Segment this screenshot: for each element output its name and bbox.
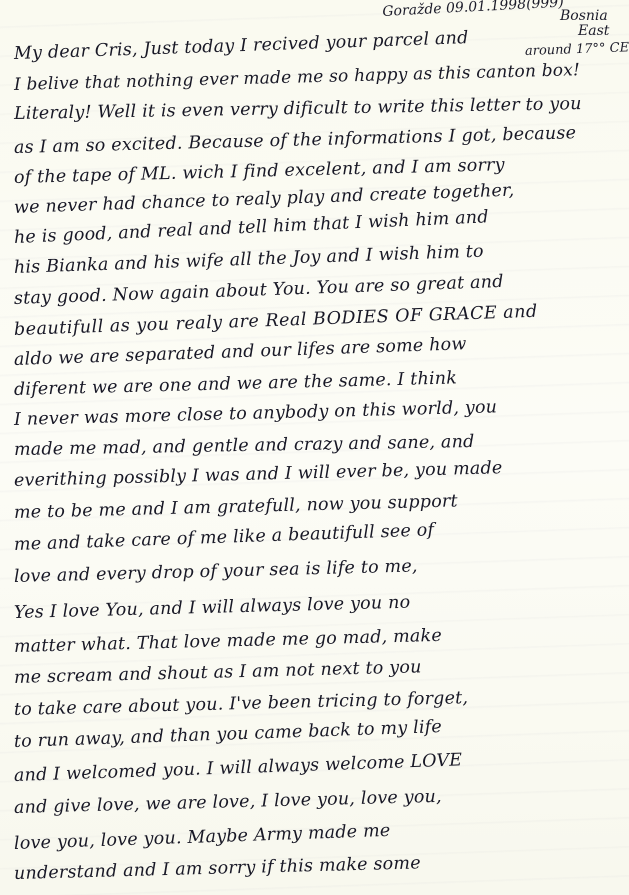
letter-line: matter what. That love made me go mad, m…	[14, 626, 442, 657]
letter-line: I never was more close to anybody on thi…	[14, 397, 498, 430]
letter-line: me to be me and I am gratefull, now you …	[14, 491, 458, 523]
letter-line: My dear Cris, Just today I recived your …	[14, 28, 469, 64]
letter-line: his Bianka and his wife all the Joy and …	[14, 242, 484, 278]
letter-line: to run away, and than you came back to m…	[14, 717, 443, 752]
letter-line: everithing possibly I was and I will eve…	[14, 458, 503, 491]
letter-line: I belive that nothing ever made me so ha…	[14, 60, 581, 95]
letter-line: made me mad, and gentle and crazy and sa…	[14, 432, 475, 460]
letter-line: stay good. Now again about You. You are …	[14, 272, 504, 309]
letter-line: love you, love you. Maybe Army made me	[14, 821, 391, 854]
letter-line: aldo we are separated and our lifes are …	[14, 334, 467, 370]
letter-line: love and every drop of your sea is life …	[14, 556, 418, 587]
letter-line: to take care about you. I've been tricin…	[14, 688, 469, 720]
letter-line: diferent we are one and we are the same.…	[14, 368, 458, 400]
letter-line: understand and I am sorry if this make s…	[14, 853, 421, 884]
letter-line: me scream and shout as I am not next to …	[14, 657, 422, 688]
letter-line: and give love, we are love, I love you, …	[14, 787, 442, 818]
letter-body: My dear Cris, Just today I recived your …	[0, 0, 629, 895]
letter-line: as I am so excited. Because of the infor…	[14, 123, 577, 158]
letter-line: Yes I love You, and I will always love y…	[14, 593, 411, 623]
letter-line: and I welcomed you. I will always welcom…	[14, 750, 463, 786]
letter-line: me and take care of me like a beautifull…	[14, 520, 435, 555]
letter-line: Literaly! Well it is even verry dificult…	[14, 94, 582, 124]
